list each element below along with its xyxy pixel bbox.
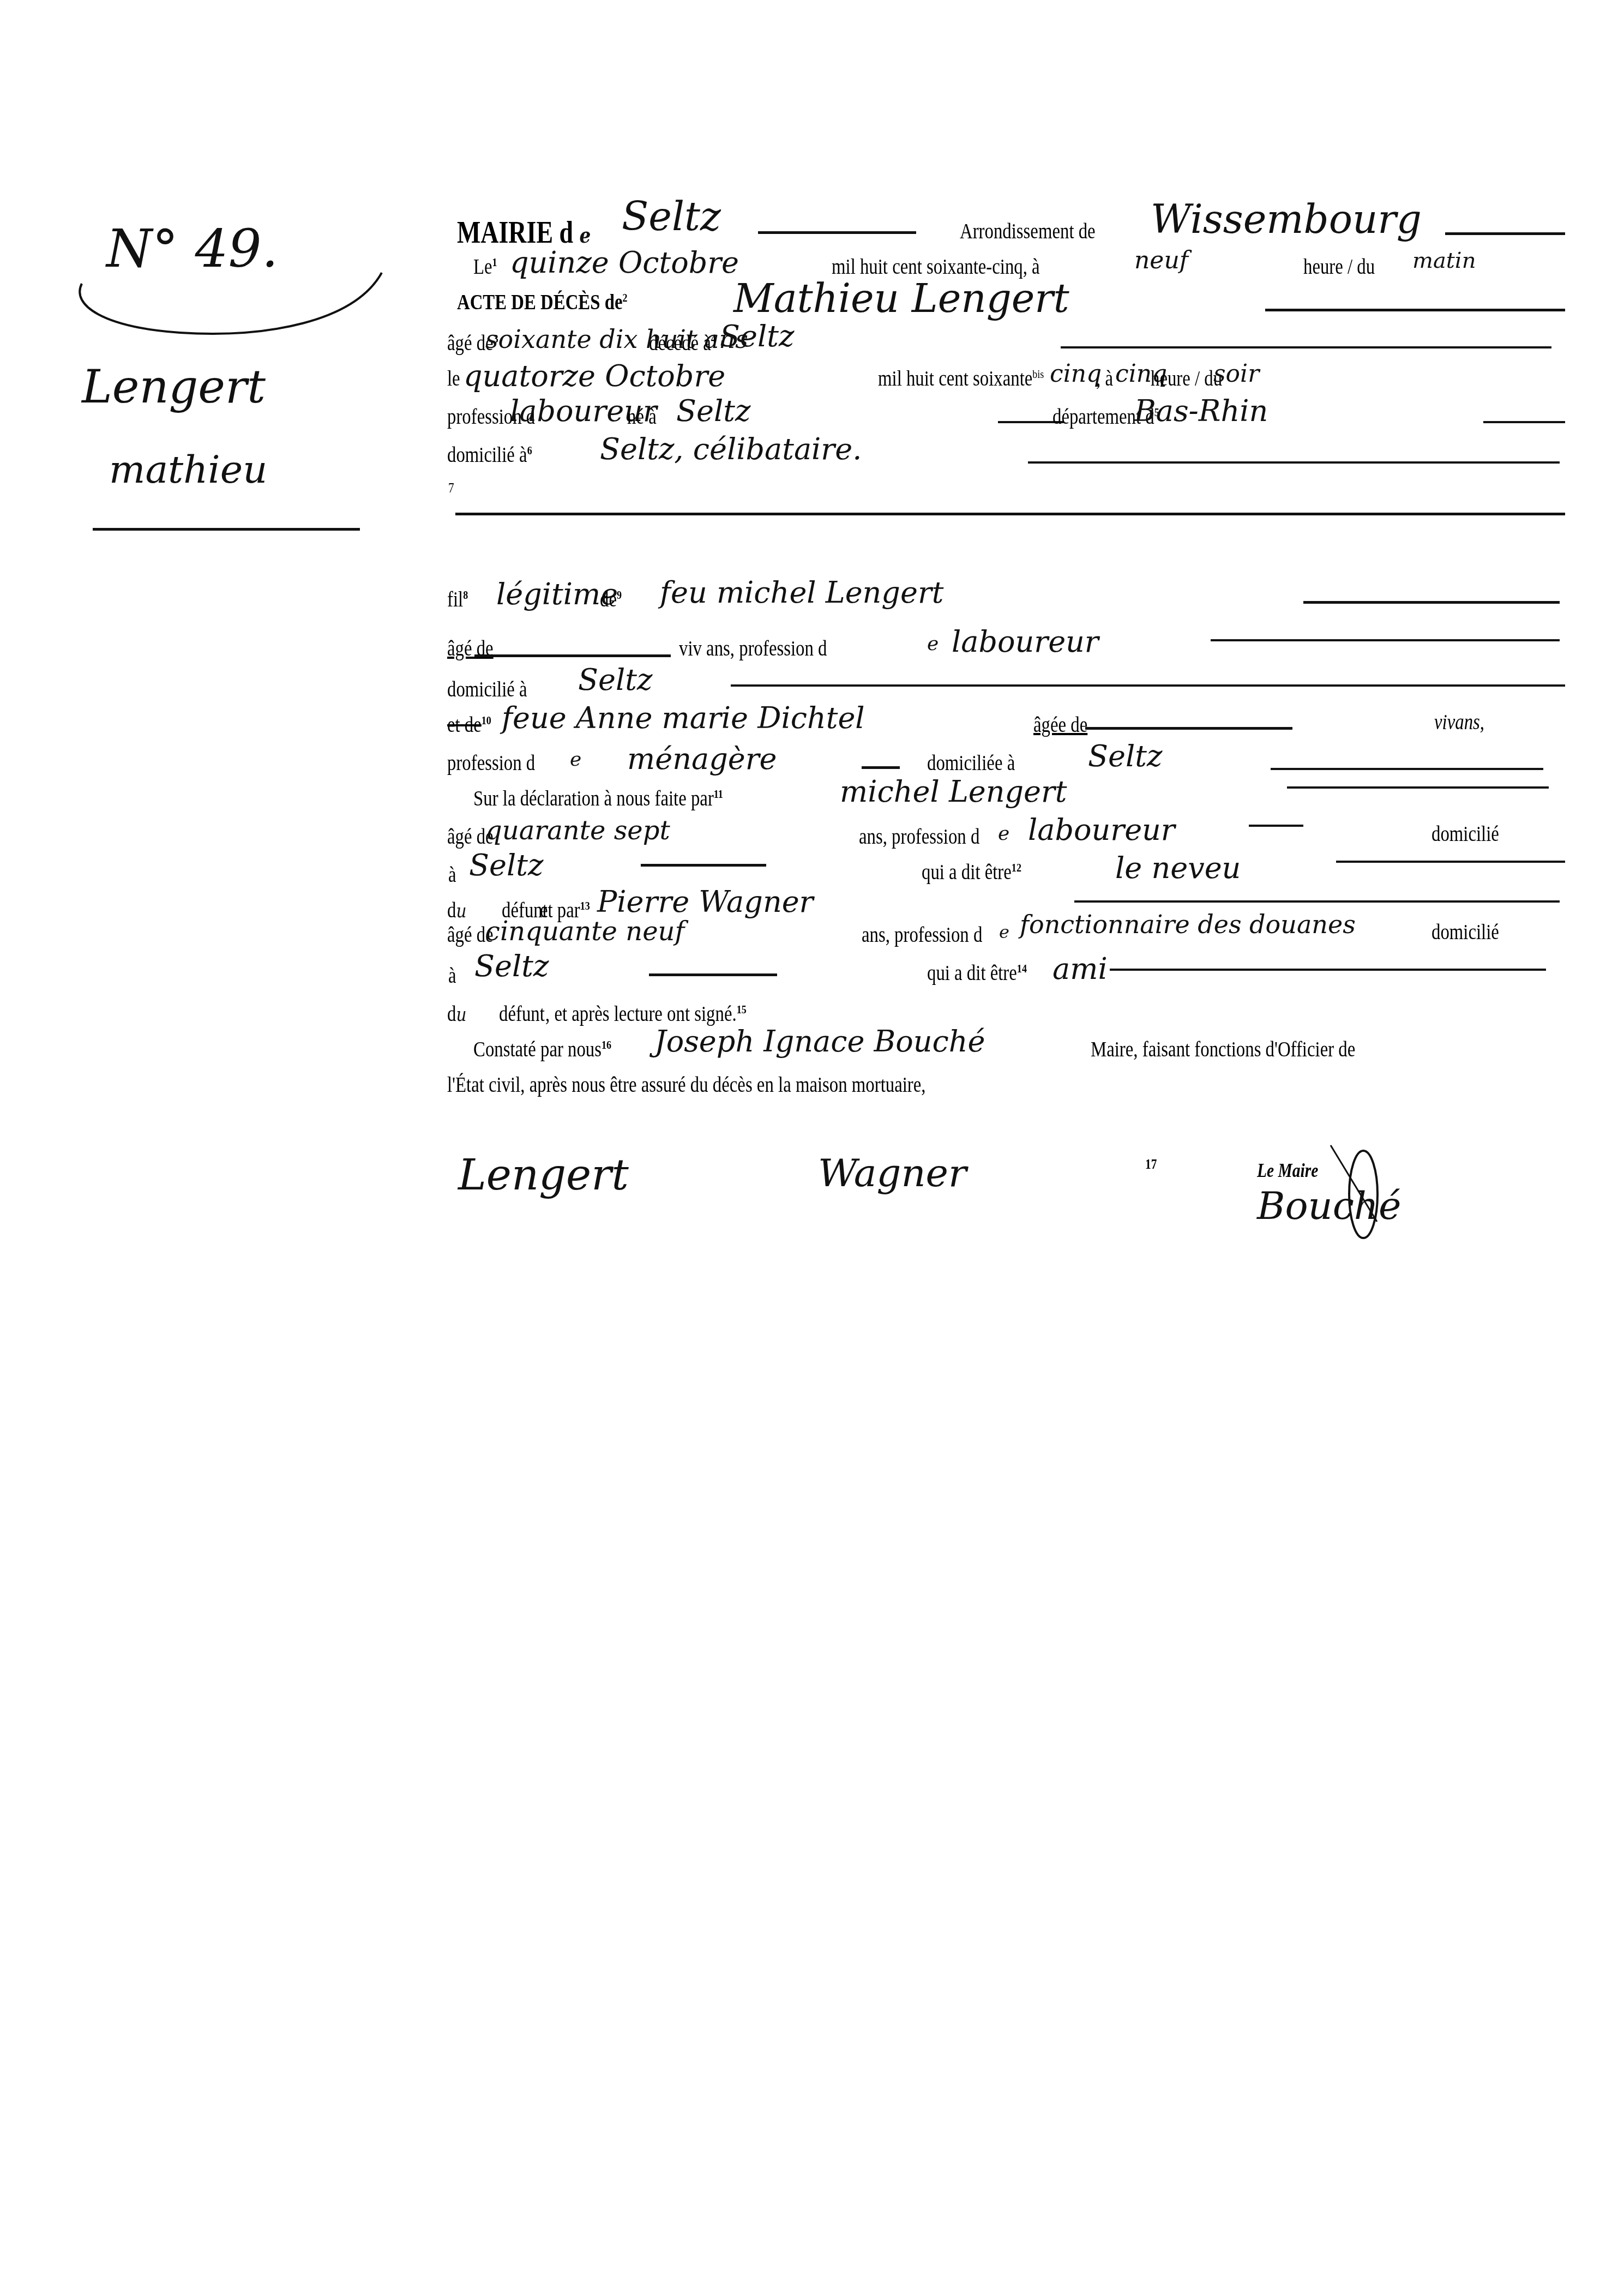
note-12: 12 [1012,861,1021,874]
first-declarant-profession: laboureur [1028,813,1175,847]
etat-civil-line: l'État civil, après nous être assuré du … [447,1072,926,1097]
first-declarant-domicile: Seltz [469,848,543,882]
decede-label: décédé à4 [649,330,716,356]
le-maire-label: Le Maire [1257,1159,1318,1182]
record-number-flourish [71,262,398,344]
closing-text: , et après lecture ont signé.15 [545,1001,747,1026]
le-text: Le [473,254,492,279]
death-place-rule [1061,346,1551,348]
first-ans-label: ans, profession d [859,824,979,849]
death-period: soir [1213,360,1259,388]
margin-given-name: mathieu [109,447,267,492]
mother-age-suffix: vivans, [1434,709,1484,735]
father-domicile-label: domicilié à [447,676,527,702]
first-a-label: à [448,862,456,887]
heure-text: heure [1303,254,1343,279]
note-8: 8 [463,588,468,602]
closing-du-text: d [447,1001,456,1026]
place-of-death: Seltz [720,319,794,353]
deceased-domicile: Seltz, célibataire. [600,432,862,466]
du-label: du [447,897,466,923]
le-label-2: le [447,365,460,391]
note-6: 6 [527,443,532,457]
second-relation-rule [1110,969,1546,971]
second-a-label: à [448,963,456,988]
et-de-label: et de10 [447,712,491,737]
first-declarant-name: michel Lengert [840,774,1067,809]
death-year-prefix: mil huit cent soixante [878,366,1032,390]
note-15: 15 [737,1002,747,1016]
death-heure-text: heure [1151,366,1190,390]
death-certificate-page: N° 49. Lengert mathieu MAIRIE d e Seltz … [0,0,1624,2296]
mayor-name: Joseph Ignace Bouché [654,1024,985,1059]
constate-text: Constaté par nous [473,1037,602,1061]
death-a-label: , à [1096,365,1113,391]
note-11: 11 [714,787,723,801]
father-name: feu michel Lengert [660,575,943,610]
departement-rule [1483,421,1565,423]
commune-rule [758,231,916,234]
mother-domicile: Seltz [1088,739,1162,773]
mother-profession-rule [862,766,900,769]
du-text: d [447,898,456,922]
note-14: 14 [1017,961,1027,975]
act-day-month: quinze Octobre [510,245,739,280]
note-17: 17 [1145,1156,1157,1173]
qui-label: qui a dit être12 [922,859,1021,885]
father-name-rule [1303,601,1560,604]
qui2-label: qui a dit être14 [927,960,1027,985]
mother-age-label: âgée de [1033,712,1087,737]
note-13: 13 [580,899,590,912]
note-16: 16 [602,1038,611,1051]
mother-domicile-rule [1271,768,1543,770]
note-9: 9 [617,588,622,602]
decede-text: décédé à [649,330,711,355]
second-domicile-label: domicilié [1431,919,1499,945]
note-7: 7 [448,480,454,496]
declaration-label: Sur la déclaration à nous faite par11 [473,785,723,811]
et-de-text: et de [447,712,482,737]
commune: Seltz [622,194,721,239]
act-period: matin [1412,248,1476,273]
death-heure-label: heure / du [1151,365,1222,391]
fils-text: fil [447,587,463,611]
second-declarant-relation: ami [1052,952,1108,986]
mother-profession: ménagère [627,742,777,776]
mairie-suffix: e [580,223,591,248]
death-year: mil huit cent soixantebis [878,365,1044,391]
second-ans-label: ans, profession d [862,922,982,947]
first-declarant-rule [1287,786,1549,789]
closing-du-label: du [447,1001,466,1026]
name-rule [1265,309,1565,311]
signature-lengert: Lengert [458,1151,629,1200]
margin-rule [93,528,360,531]
de-text: de [600,587,617,611]
du-text: du [1357,254,1375,279]
domicile-text: domicilié à [447,442,527,467]
bis-note: bis [1032,367,1044,381]
departement: Bas-Rhin [1134,394,1268,428]
father-profession-prefix: e [927,633,939,655]
qui2-text: qui a dit être [927,960,1017,985]
first-profession-rule [1249,825,1303,827]
arrondissement-label: Arrondissement de [960,218,1096,244]
mother-profession-prefix: e [570,748,581,771]
second-name-rule [1074,900,1560,903]
closing-defunt: défunt [499,1001,545,1026]
father-profession: laboureur [952,624,1099,659]
deceased-name: Mathieu Lengert [733,275,1069,321]
first-profession-prefix: e [998,822,1009,845]
first-declarant-relation: le neveu [1115,851,1241,885]
line-7-rule [455,513,1565,515]
first-declarant-age: quarante sept [485,815,670,846]
mother-age-rule [1085,727,1292,730]
arrondissement-rule [1445,232,1565,235]
domicile-label: domicilié à6 [447,442,532,467]
ne-label: né à [627,404,657,429]
father-domicile-rule [731,684,1565,687]
constate-label: Constaté par nous16 [473,1036,611,1062]
qui-text: qui a dit être [922,860,1012,884]
du-suffix: u [456,900,466,922]
domicile-rule [1028,461,1560,464]
birthplace: Seltz [676,394,750,428]
note-1: 1 [492,255,497,269]
mother-profession-label: profession d [447,750,535,776]
father-age-rule [474,654,671,657]
declaration-text: Sur la déclaration à nous faite par [473,786,714,810]
heure-label: heure / du [1303,254,1375,279]
mayor-paraph [1325,1140,1391,1243]
note-2: 2 [622,291,627,304]
act-hour: neuf [1134,247,1188,274]
le-label: Le1 [473,254,497,279]
mayor-text: Maire, faisant fonctions d'Officier de [1091,1036,1355,1062]
second-declarant-domicile: Seltz [474,949,549,983]
de-label: de9 [600,586,622,612]
signature-wagner: Wagner [818,1151,966,1195]
death-year-suffix: cinq [1050,360,1102,388]
mairie-label-text: MAIRIE d [457,216,573,250]
relation-rule [1336,861,1565,863]
note-4: 4 [711,332,716,345]
acte-label: ACTE DE DÉCÈS de2 [457,289,627,315]
closing-text-span: , et après lecture ont signé. [545,1001,737,1026]
father-age-suffix: viv ans, profession d [679,635,827,661]
closing-du-suffix: u [456,1003,466,1026]
second-declarant-age: cinquante neuf [485,916,684,947]
acte-text: ACTE DE DÉCÈS de [457,290,622,314]
mother-domicile-label: domiciliée à [927,750,1015,776]
arrondissement: Wissembourg [1151,196,1422,242]
second-domicile-rule [649,973,777,976]
fils-label: fil8 [447,586,468,612]
second-profession-prefix: e [999,922,1009,942]
mother-name: feue Anne marie Dichtel [502,701,865,735]
second-declarant-profession: fonctionnaire des douanes [1020,910,1356,939]
first-domicile-rule [641,864,766,867]
second-declarant-name: Pierre Wagner [597,885,813,919]
father-domicile: Seltz [578,663,652,697]
death-day-month: quatorze Octobre [464,359,725,393]
father-profession-rule [1211,639,1560,641]
note-10: 10 [482,713,491,727]
first-domicile-label: domicilié [1431,821,1499,846]
margin-surname: Lengert [82,360,266,413]
